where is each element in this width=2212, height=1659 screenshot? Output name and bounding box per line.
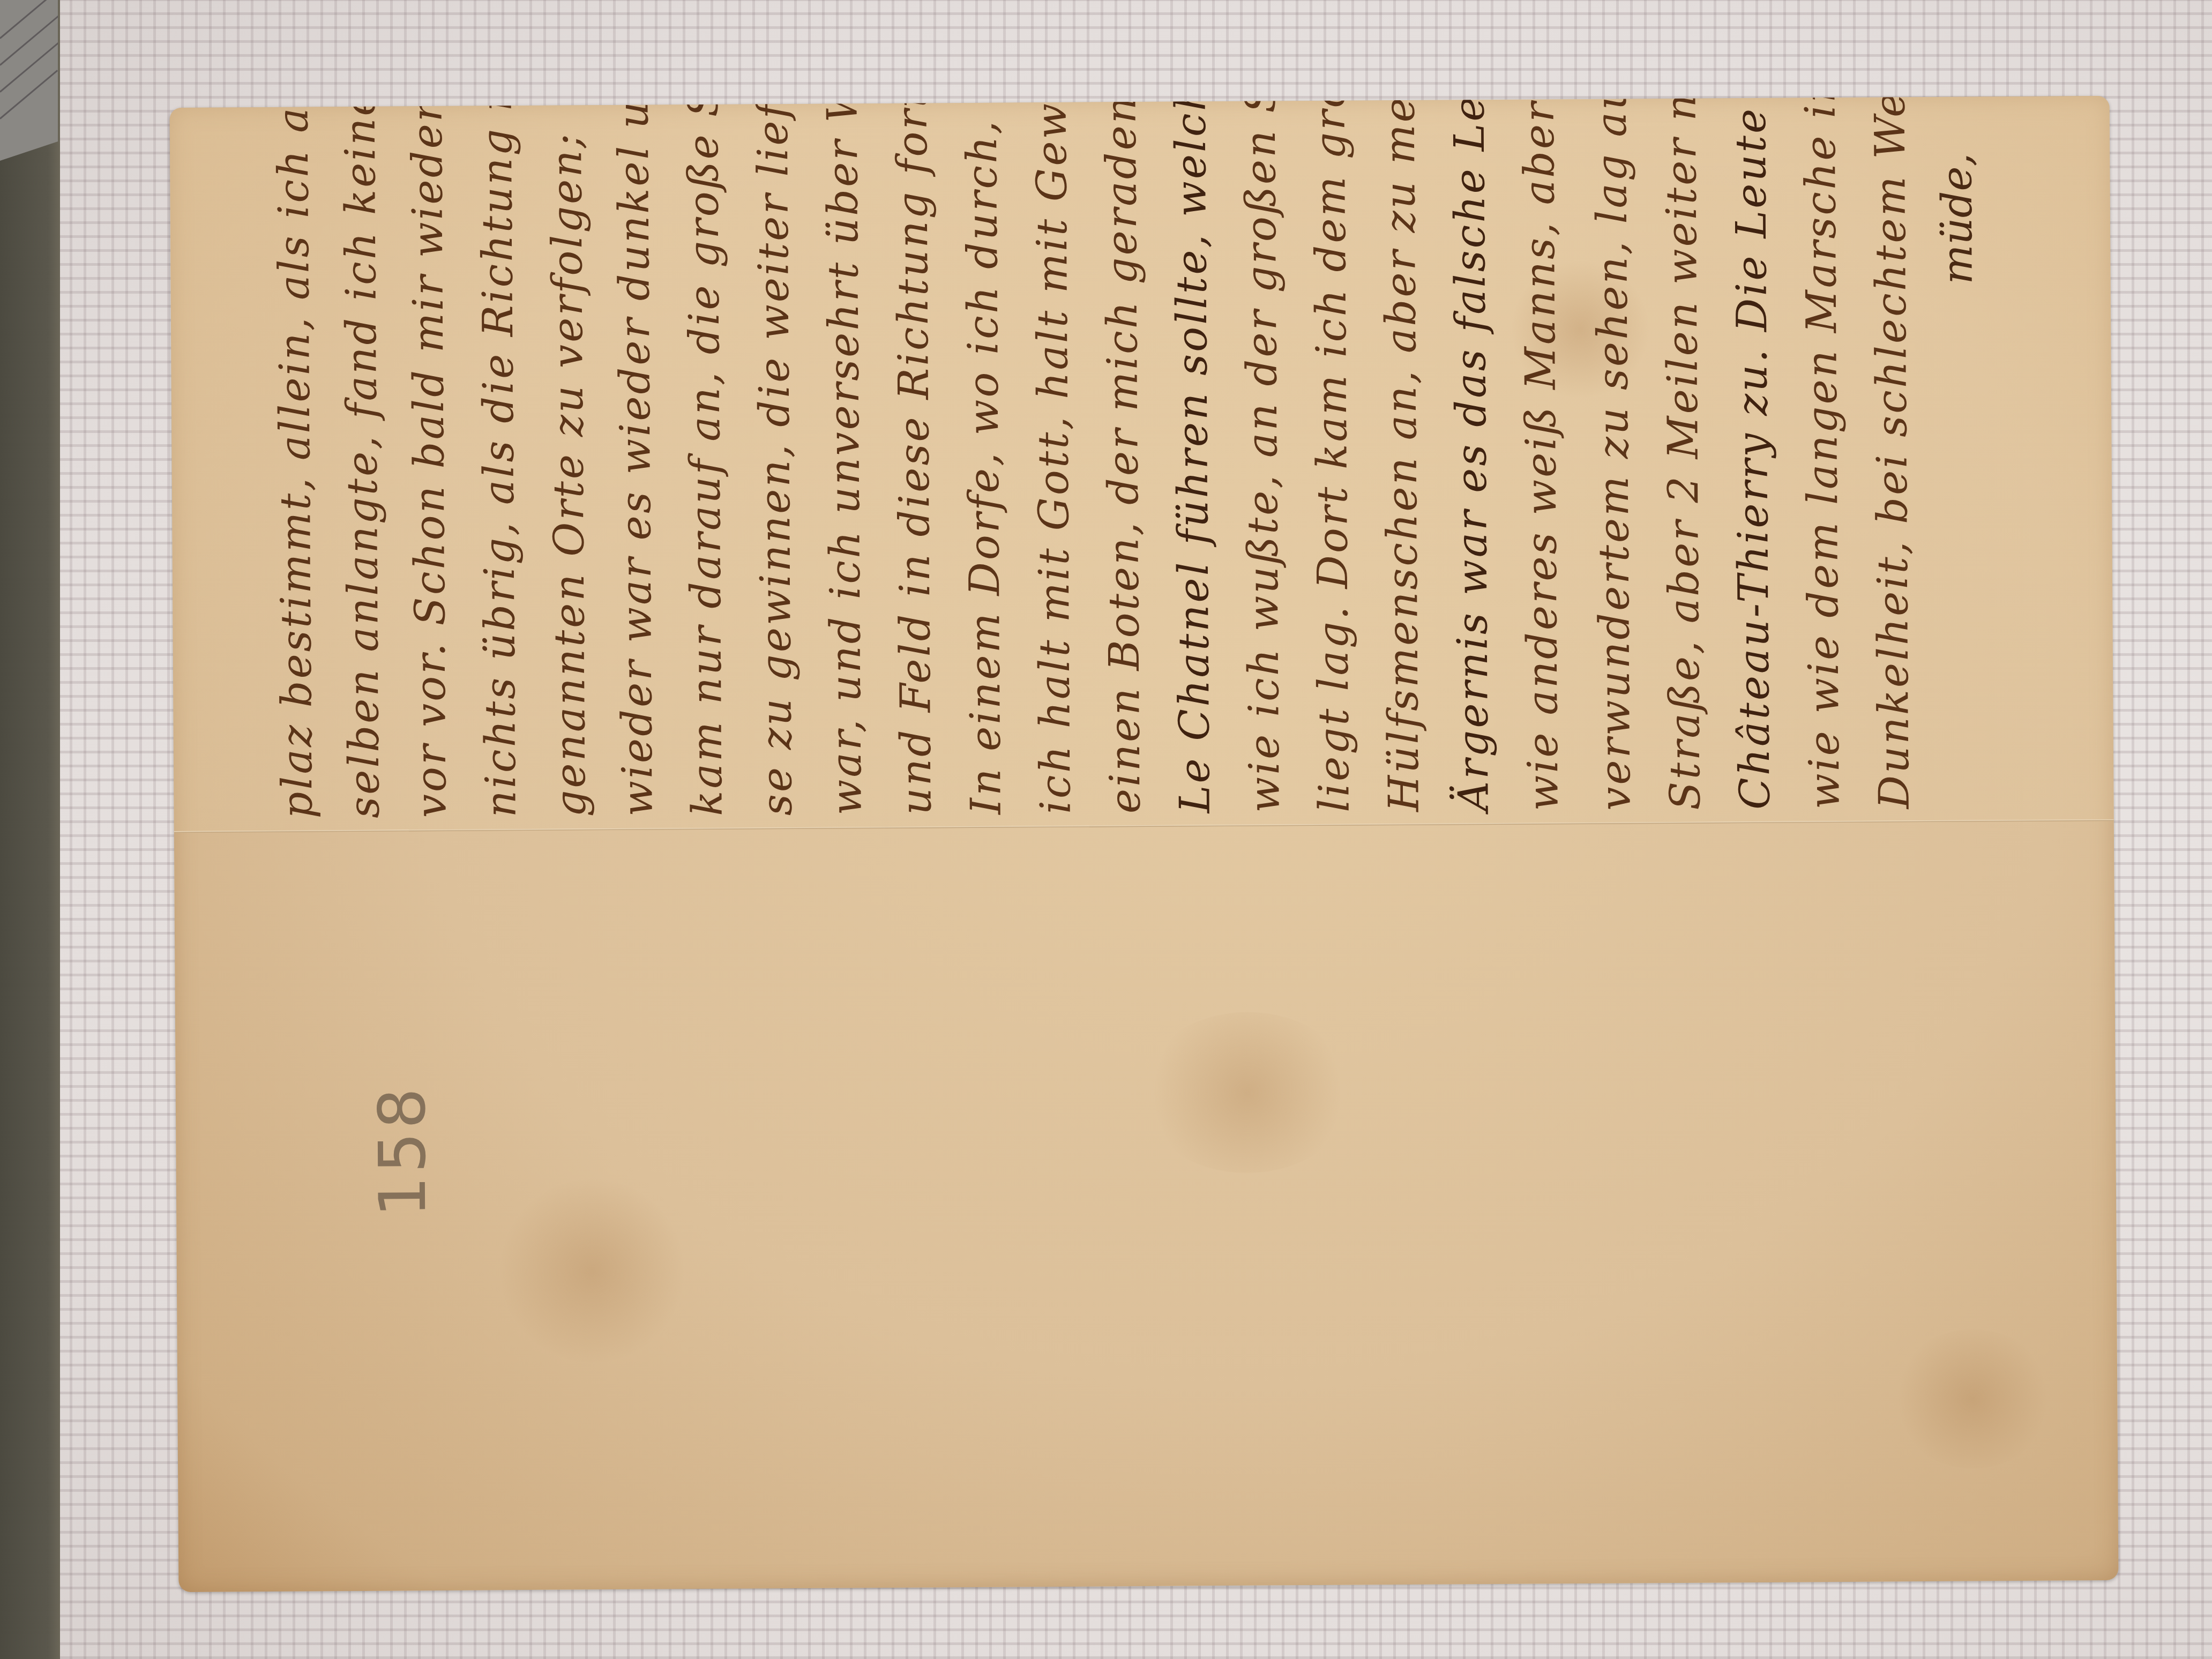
- manuscript-page: plaz bestimmt, allein, als ich auf dem, …: [170, 96, 2119, 1592]
- manuscript-line: selben anlangte, fand ich keinen Tag: [339, 96, 386, 818]
- manuscript-line: liegt lag. Dort kam ich dem großen: [1309, 96, 1355, 812]
- manuscript-line: Le Chatnel führen sollte, welchen Ort: [1169, 96, 1216, 813]
- manuscript-line: vor vor. Schon bald mir wieder: [406, 100, 452, 818]
- stain: [1892, 1329, 2054, 1469]
- manuscript-line: kam nur darauf an, die große Straße: [682, 96, 729, 816]
- manuscript-line: Ärgernis war es das falsche Le Chatnel;: [1447, 96, 1495, 812]
- dark-table-surface: [0, 0, 60, 1659]
- manuscript-line: In einem Dorfe, wo ich durch, nahm: [960, 96, 1007, 814]
- manuscript-line: verwundertem zu sehen, lag auch an der: [1589, 96, 1637, 811]
- manuscript-line: Dunkelheit, bei schlechtem Wege und Rege…: [1867, 96, 1916, 809]
- manuscript-line: Straße, aber 2 Meilen weiter nach: [1660, 96, 1707, 810]
- folio-number: 158: [365, 1085, 441, 1217]
- manuscript-line: einen Boten, der mich geraden nach: [1100, 96, 1147, 813]
- print-line: [0, 70, 58, 119]
- manuscript-line: wie anderes weiß Manns, aber mich: [1518, 96, 1565, 811]
- manuscript-line: genannten Orte zu verfolgen;: [546, 132, 592, 817]
- manuscript-line: Hülfsmenschen an, aber zu meinem: [1378, 96, 1425, 812]
- print-line: [0, 10, 66, 66]
- manuscript-line: se zu gewinnen, die weiter liefe: [752, 96, 798, 816]
- manuscript-line: wie wie dem langen Marsche in der: [1799, 96, 1845, 810]
- closing-word: müde,: [1933, 153, 1982, 285]
- grey-printed-sheet: [0, 0, 58, 161]
- manuscript-line: plaz bestimmt, allein, als ich auf dem,: [272, 96, 319, 819]
- stain: [1140, 1012, 1355, 1174]
- print-line: [0, 36, 66, 93]
- manuscript-line: und Feld in diese Richtung fort.: [891, 96, 937, 815]
- manuscript-line: ich halt mit Gott, halt mit Gewalt: [1030, 96, 1077, 814]
- manuscript-line: war, und ich unversehrt über Wald: [821, 96, 868, 816]
- print-line: [0, 0, 66, 39]
- manuscript-line: Château-Thierry zu. Die Leute waren: [1729, 96, 1776, 810]
- manuscript-line: wie ich wußte, an der großen Straße: [1239, 96, 1286, 813]
- manuscript-line: wieder war es wieder dunkel und ich: [612, 96, 659, 817]
- stain: [498, 1176, 686, 1365]
- manuscript-line: nichts übrig, als die Richtung nach: [475, 96, 522, 818]
